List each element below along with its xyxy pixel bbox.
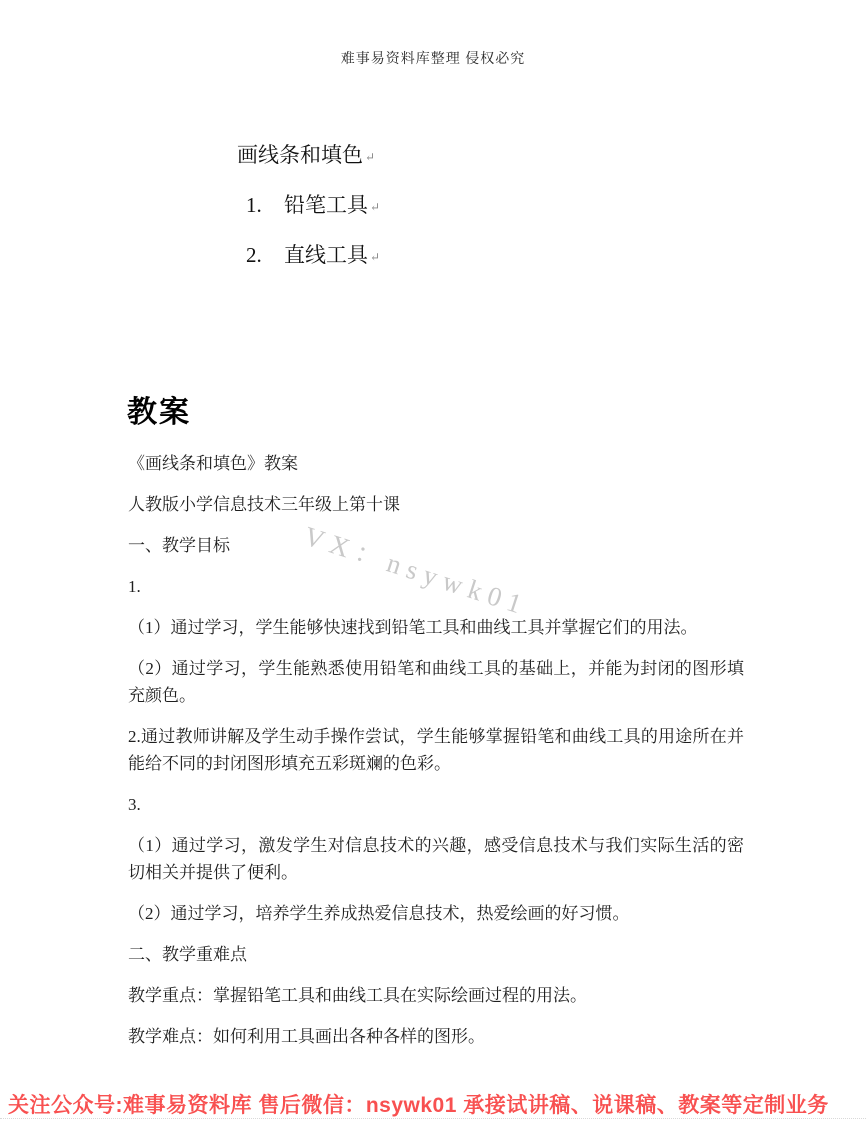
paragraph-goal-3-1: （1）通过学习，激发学生对信息技术的兴趣，感受信息技术与我们实际生活的密切相关并… <box>128 832 744 886</box>
paragraph-goal-3-2: （2）通过学习，培养学生养成热爱信息技术，热爱绘画的好习惯。 <box>128 900 744 927</box>
outline-section: 画线条和填色↵ 1.铅笔工具↵ 2.直线工具↵ <box>237 140 380 272</box>
paragraph-key-point: 教学重点：掌握铅笔工具和曲线工具在实际绘画过程的用法。 <box>128 982 744 1009</box>
paragraph-mark-icon: ↵ <box>370 200 380 214</box>
paragraph-goal-1: 1. <box>128 573 744 600</box>
document-page: 难事易资料库整理 侵权必究 画线条和填色↵ 1.铅笔工具↵ 2.直线工具↵ 教案… <box>0 0 866 1122</box>
paragraph-textbook-info: 人教版小学信息技术三年级上第十课 <box>128 491 744 518</box>
outline-item-pencil-tool: 1.铅笔工具↵ <box>237 190 380 222</box>
paragraph-difficult-point: 教学难点：如何利用工具画出各种各样的图形。 <box>128 1023 744 1050</box>
paragraph-goal-1-1: （1）通过学习，学生能够快速找到铅笔工具和曲线工具并掌握它们的用法。 <box>128 614 744 641</box>
outline-item-label: 直线工具 <box>284 243 368 267</box>
paragraph-goal-2: 2.通过教师讲解及学生动手操作尝试，学生能够掌握铅笔和曲线工具的用途所在并能给不… <box>128 723 744 777</box>
header-note: 难事易资料库整理 侵权必究 <box>0 48 866 68</box>
lesson-plan-body: 《画线条和填色》教案 人教版小学信息技术三年级上第十课 一、教学目标 1. （1… <box>128 450 744 1064</box>
outline-item-number: 1. <box>246 190 284 220</box>
paragraph-goal-3: 3. <box>128 791 744 818</box>
outline-item-number: 2. <box>246 240 284 270</box>
paragraph-section-keypoints: 二、教学重难点 <box>128 941 744 968</box>
outline-title-text: 画线条和填色 <box>237 143 363 167</box>
paragraph-mark-icon: ↵ <box>365 150 375 164</box>
doc-heading: 教案 <box>127 387 191 431</box>
outline-item-line-tool: 2.直线工具↵ <box>237 240 380 272</box>
outline-title: 画线条和填色↵ <box>237 140 380 172</box>
outline-item-label: 铅笔工具 <box>284 193 368 217</box>
paragraph-section-goals: 一、教学目标 <box>128 532 744 559</box>
paragraph-doc-title: 《画线条和填色》教案 <box>128 450 744 477</box>
paragraph-goal-1-2: （2）通过学习，学生能熟悉使用铅笔和曲线工具的基础上，并能为封闭的图形填充颜色。 <box>128 655 744 709</box>
page-bottom-rule <box>0 1118 866 1119</box>
paragraph-mark-icon: ↵ <box>370 250 380 264</box>
footer-banner: 关注公众号:难事易资料库 售后微信：nsywk01 承接试讲稿、说课稿、教案等定… <box>8 1089 858 1119</box>
